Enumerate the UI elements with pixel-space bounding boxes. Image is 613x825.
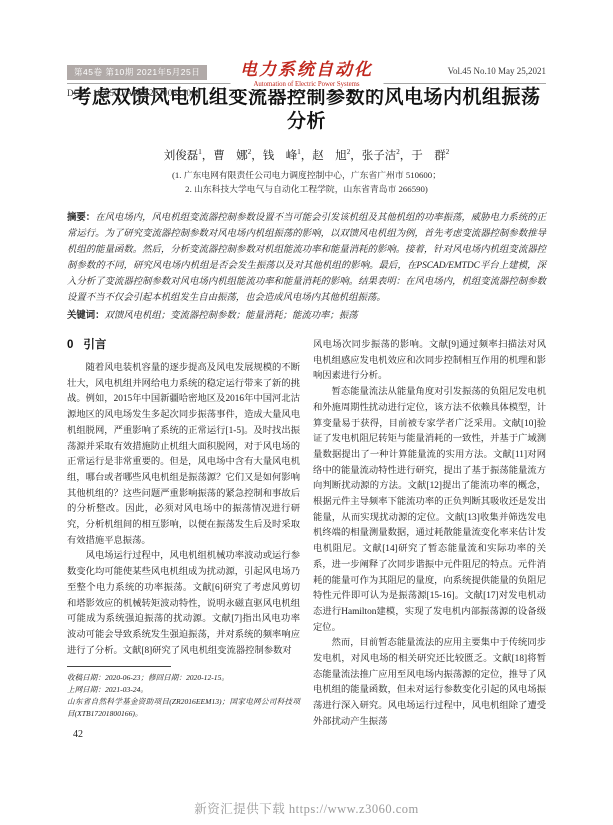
paragraph: 风电场运行过程中，风电机组机械功率波动或运行参数变化均可能使某些风电机组成为扰动… [67, 549, 300, 659]
section-title: 引言 [83, 339, 106, 351]
footnote-line: 收稿日期：2020-06-23；修回日期：2020-12-15。 [67, 672, 300, 684]
left-column: 0引言 随着风电装机容量的逐步提高及风电发展规模的不断壮大，风电机组并网给电力系… [67, 338, 300, 740]
journal-logo: 电力系统自动化 Automation of Electric Power Sys… [230, 60, 383, 89]
affiliation-line: 2. 山东科技大学电气与自动化工程学院，山东省青岛市 266590) [67, 183, 546, 197]
section-number: 0 [67, 339, 73, 351]
author: 赵 旭2， [312, 150, 362, 162]
affiliations: (1. 广东电网有限责任公司电力调度控制中心，广东省广州市 510600； 2.… [67, 169, 546, 196]
footnote-line: 山东省自然科学基金资助项目(ZR2016EEM13)；国家电网公司科技项目(XT… [67, 696, 300, 720]
paragraph: 暂态能量流法从能量角度对引发振荡的负阻尼发电机和外施周期性扰动进行定位，该方法不… [313, 385, 546, 636]
paper-page: 第45卷 第10期 2021年5月25日 DOI：10.7500/AEPS202… [0, 0, 613, 825]
affiliation-line: (1. 广东电网有限责任公司电力调度控制中心，广东省广州市 510600； [67, 169, 546, 183]
abstract: 摘要：在风电场内，风电机组变流器控制参数设置不当可能会引发该机组及其他机组的功率… [67, 209, 546, 306]
abstract-label: 摘要： [67, 211, 95, 222]
footnote-rule [67, 666, 171, 667]
page-number: 42 [67, 729, 300, 740]
footnote-line: 上网日期：2021-03-24。 [67, 684, 300, 696]
footnote: 收稿日期：2020-06-23；修回日期：2020-12-15。 上网日期：20… [67, 666, 300, 719]
journal-name-en: Automation of Electric Power Systems [240, 80, 373, 89]
paragraph: 然而，目前暂态能量流法的应用主要集中于传统同步发电机，对风电场的相关研究还比较匮… [313, 636, 546, 730]
download-watermark: 新资汇提供下载 https://www.z3060.com [0, 799, 613, 817]
author: 张子洁2， [362, 150, 412, 162]
volume-issue-box: 第45卷 第10期 2021年5月25日 [67, 65, 207, 80]
section-heading: 0引言 [67, 338, 300, 353]
paragraph: 风电场次同步振荡的影响。文献[9]通过频率扫描法对风电机组感应发电机效应和次同步… [313, 338, 546, 385]
author: 于 群2 [411, 150, 449, 162]
paragraph: 随着风电装机容量的逐步提高及风电发展规模的不断壮大，风电机组并网给电力系统的稳定… [67, 361, 300, 549]
keywords: 关键词：双馈风电机组；变流器控制参数；能量消耗；能流功率；振荡 [67, 307, 546, 324]
keywords-label: 关键词： [67, 309, 105, 320]
keywords-text: 双馈风电机组；变流器控制参数；能量消耗；能流功率；振荡 [105, 311, 358, 321]
abstract-text: 在风电场内，风电机组变流器控制参数设置不当可能会引发该机组及其他机组的功率振荡，… [67, 213, 546, 303]
author: 曹 娜2， [213, 150, 263, 162]
author: 刘俊磊1， [164, 150, 214, 162]
author: 钱 峰1， [263, 150, 313, 162]
volume-info-en: Vol.45 No.10 May 25,2021 [448, 66, 546, 76]
right-column: 风电场次同步振荡的影响。文献[9]通过频率扫描法对风电机组感应发电机效应和次同步… [313, 338, 546, 740]
journal-name-cn: 电力系统自动化 [240, 60, 373, 79]
author-line: 刘俊磊1，曹 娜2，钱 峰1，赵 旭2，张子洁2，于 群2 [67, 147, 546, 163]
body-columns: 0引言 随着风电装机容量的逐步提高及风电发展规模的不断壮大，风电机组并网给电力系… [67, 338, 546, 740]
page-content: 考虑双馈风电机组变流器控制参数的风电场内机组振荡分析 刘俊磊1，曹 娜2，钱 峰… [0, 86, 613, 740]
